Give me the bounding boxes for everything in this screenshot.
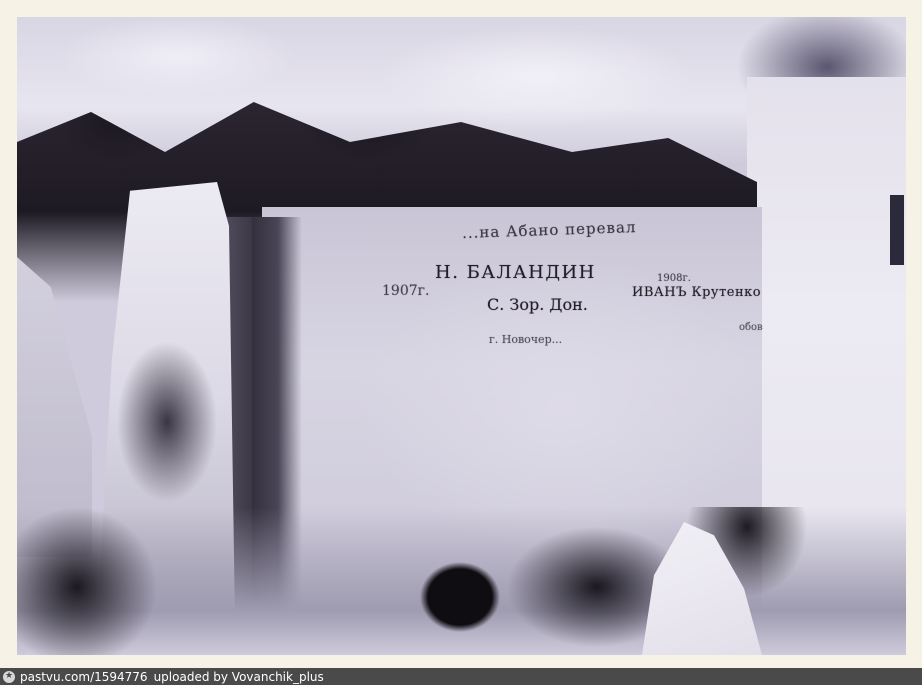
inscription-name: Н. БАЛАНДИН — [435, 262, 596, 283]
inscription-year-left: 1907г. — [382, 283, 429, 299]
uploader-credit: uploaded by Vovanchik_plus — [154, 670, 324, 684]
inscription-bottom-line: г. Новочер... — [489, 333, 562, 346]
pastvu-link[interactable]: pastvu.com/1594776 — [20, 670, 148, 684]
inscription-year-right: 1908г. — [657, 273, 691, 284]
archival-photo: ...на Абано перевал Н. БАЛАНДИН 1907г. С… — [17, 17, 906, 655]
right-edge-shadow — [890, 195, 904, 265]
watermark-bar: ★ pastvu.com/1594776 uploaded by Vovanch… — [0, 668, 922, 685]
ground-and-vegetation — [17, 507, 906, 655]
inscription-side-note: обов — [739, 322, 763, 333]
star-circle-icon: ★ — [3, 671, 15, 683]
inscription-ivan: ИВАНЪ Крутенко — [632, 285, 761, 300]
inscription-subline: С. Зор. Дон. — [487, 295, 588, 314]
